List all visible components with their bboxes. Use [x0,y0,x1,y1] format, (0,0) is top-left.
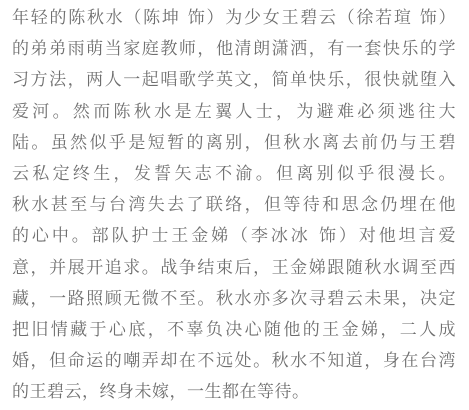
text-line: 婚，但命运的嘲弄却在不远处。秋水不知道，身在台湾 [12,346,456,377]
text-line: 爱河。然而陈秋水是左翼人士，为避难必须逃往大 [12,97,456,128]
text-line: 的王碧云，终身未嫁，一生都在等待。 [12,377,456,408]
handwritten-text-page: 年轻的陈秋水（陈坤 饰）为少女王碧云（徐若瑄 饰） 的弟弟雨萌当家庭教师，他清朗… [0,0,469,410]
text-line: 意，并展开追求。战争结束后，王金娣跟随秋水调至西 [12,253,456,284]
text-line: 藏，一路照顾无微不至。秋水亦多次寻碧云未果，决定 [12,284,456,315]
text-line: 的弟弟雨萌当家庭教师，他清朗潇洒，有一套快乐的学 [12,34,456,65]
text-line: 年轻的陈秋水（陈坤 饰）为少女王碧云（徐若瑄 饰） [12,3,456,34]
text-line: 秋水甚至与台湾失去了联络，但等待和思念仍埋在他 [12,190,456,221]
text-line: 把旧情藏于心底，不辜负决心随他的王金娣，二人成 [12,315,456,346]
text-line: 陆。虽然似乎是短暂的离别，但秋水离去前仍与王碧 [12,128,456,159]
text-line: 习方法，两人一起唱歌学英文，简单快乐，很快就堕入 [12,65,456,96]
text-line: 云私定终生，发誓矢志不渝。但离别似乎很漫长。 [12,159,456,190]
text-line: 的心中。部队护士王金娣（李冰冰 饰）对他坦言爱 [12,221,456,252]
